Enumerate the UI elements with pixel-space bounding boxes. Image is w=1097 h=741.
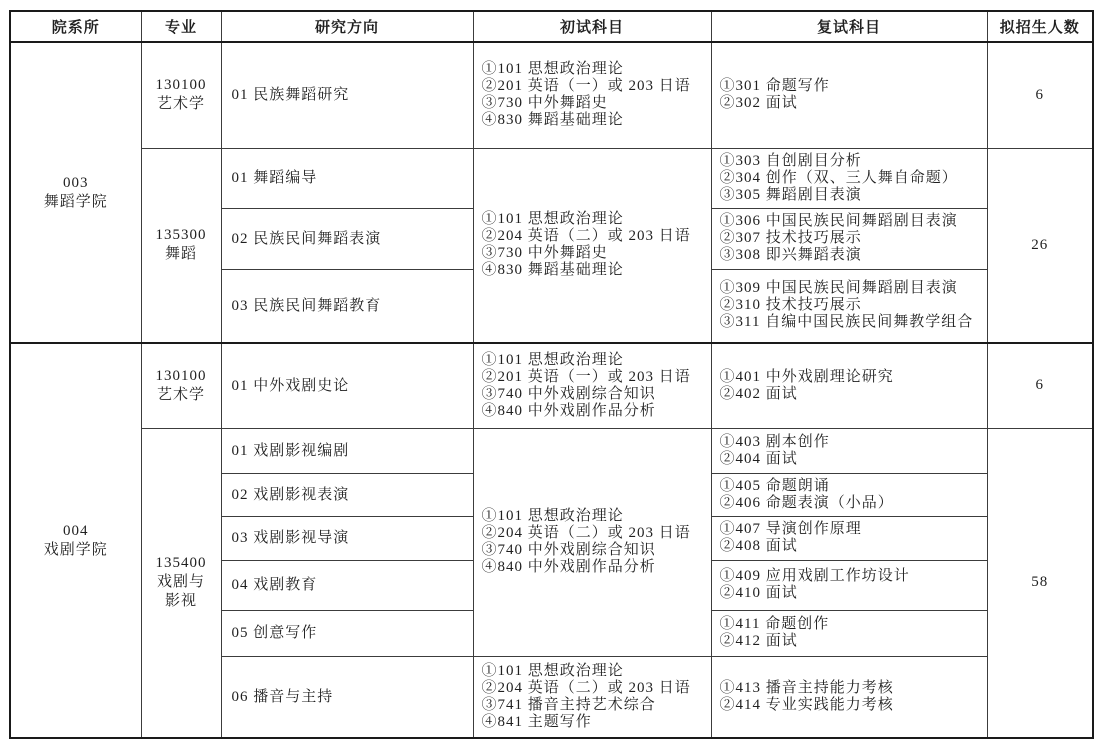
direction-cell: 01 舞蹈编导 bbox=[221, 148, 473, 208]
initial-exam-cell: ①101 思想政治理论 ②204 英语（二）或 203 日语 ③741 播音主持… bbox=[473, 656, 711, 738]
direction-cell: 02 戏剧影视表演 bbox=[221, 473, 473, 516]
table-row: 135400 戏剧与 影视 01 戏剧影视编剧 ①101 思想政治理论 ②204… bbox=[10, 428, 1093, 473]
retest-exam-cell: ①403 剧本创作 ②404 面试 bbox=[711, 428, 987, 473]
quota-cell: 6 bbox=[987, 343, 1093, 428]
retest-exam-cell: ①411 命题创作 ②412 面试 bbox=[711, 610, 987, 656]
dept-cell: 003 舞蹈学院 bbox=[10, 42, 141, 343]
retest-exam-cell: ①306 中国民族民间舞蹈剧目表演 ②307 技术技巧展示 ③308 即兴舞蹈表… bbox=[711, 208, 987, 269]
table-row: 004 戏剧学院 130100 艺术学 01 中外戏剧史论 ①101 思想政治理… bbox=[10, 343, 1093, 428]
retest-exam-cell: ①405 命题朗诵 ②406 命题表演（小品） bbox=[711, 473, 987, 516]
major-cell: 135300 舞蹈 bbox=[141, 148, 221, 343]
direction-cell: 02 民族民间舞蹈表演 bbox=[221, 208, 473, 269]
header-row: 院系所 专业 研究方向 初试科目 复试科目 拟招生人数 bbox=[10, 11, 1093, 42]
direction-cell: 03 民族民间舞蹈教育 bbox=[221, 269, 473, 343]
direction-cell: 01 戏剧影视编剧 bbox=[221, 428, 473, 473]
dept-cell: 004 戏剧学院 bbox=[10, 343, 141, 738]
retest-exam-cell: ①301 命题写作 ②302 面试 bbox=[711, 42, 987, 148]
direction-cell: 01 民族舞蹈研究 bbox=[221, 42, 473, 148]
initial-exam-cell: ①101 思想政治理论 ②204 英语（二）或 203 日语 ③730 中外舞蹈… bbox=[473, 148, 711, 343]
quota-cell: 26 bbox=[987, 148, 1093, 343]
major-cell: 130100 艺术学 bbox=[141, 343, 221, 428]
retest-exam-cell: ①303 自创剧目分析 ②304 创作（双、三人舞自命题） ③305 舞蹈剧目表… bbox=[711, 148, 987, 208]
header-major: 专业 bbox=[141, 11, 221, 42]
retest-exam-cell: ①309 中国民族民间舞蹈剧目表演 ②310 技术技巧展示 ③311 自编中国民… bbox=[711, 269, 987, 343]
retest-exam-cell: ①407 导演创作原理 ②408 面试 bbox=[711, 516, 987, 560]
header-research-direction: 研究方向 bbox=[221, 11, 473, 42]
table-row: 135300 舞蹈 01 舞蹈编导 ①101 思想政治理论 ②204 英语（二）… bbox=[10, 148, 1093, 208]
direction-cell: 06 播音与主持 bbox=[221, 656, 473, 738]
major-cell: 135400 戏剧与 影视 bbox=[141, 428, 221, 738]
header-initial-exam: 初试科目 bbox=[473, 11, 711, 42]
header-enrollment-quota: 拟招生人数 bbox=[987, 11, 1093, 42]
initial-exam-cell: ①101 思想政治理论 ②204 英语（二）或 203 日语 ③740 中外戏剧… bbox=[473, 428, 711, 656]
direction-cell: 04 戏剧教育 bbox=[221, 560, 473, 610]
retest-exam-cell: ①413 播音主持能力考核 ②414 专业实践能力考核 bbox=[711, 656, 987, 738]
direction-cell: 01 中外戏剧史论 bbox=[221, 343, 473, 428]
table-row: 003 舞蹈学院 130100 艺术学 01 民族舞蹈研究 ①101 思想政治理… bbox=[10, 42, 1093, 148]
header-department: 院系所 bbox=[10, 11, 141, 42]
quota-cell: 6 bbox=[987, 42, 1093, 148]
header-retest-exam: 复试科目 bbox=[711, 11, 987, 42]
admissions-table: 院系所 专业 研究方向 初试科目 复试科目 拟招生人数 003 舞蹈学院 130… bbox=[9, 10, 1094, 739]
direction-cell: 03 戏剧影视导演 bbox=[221, 516, 473, 560]
retest-exam-cell: ①409 应用戏剧工作坊设计 ②410 面试 bbox=[711, 560, 987, 610]
initial-exam-cell: ①101 思想政治理论 ②201 英语（一）或 203 日语 ③730 中外舞蹈… bbox=[473, 42, 711, 148]
direction-cell: 05 创意写作 bbox=[221, 610, 473, 656]
initial-exam-cell: ①101 思想政治理论 ②201 英语（一）或 203 日语 ③740 中外戏剧… bbox=[473, 343, 711, 428]
quota-cell: 58 bbox=[987, 428, 1093, 738]
retest-exam-cell: ①401 中外戏剧理论研究 ②402 面试 bbox=[711, 343, 987, 428]
major-cell: 130100 艺术学 bbox=[141, 42, 221, 148]
